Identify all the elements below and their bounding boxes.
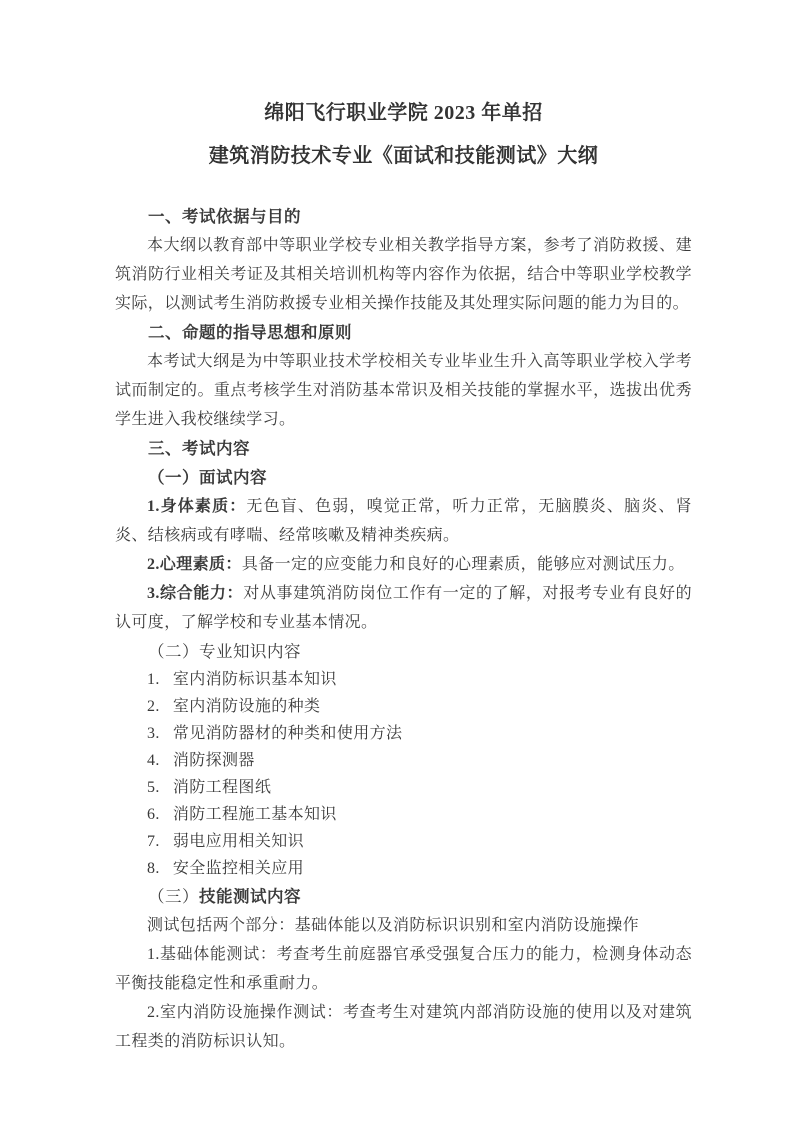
- knowledge-item-text: 常见消防器材的种类和使用方法: [173, 725, 403, 742]
- knowledge-item-number: 3.: [147, 725, 160, 742]
- knowledge-item-text: 室内消防设施的种类: [173, 698, 321, 715]
- knowledge-list-item: 4.消防探测器: [115, 747, 692, 774]
- knowledge-item-number: 2.: [147, 698, 160, 715]
- skill-item-operation: 2.室内消防设施操作测试：考查考生对建筑内部消防设施的使用以及对建筑工程类的消防…: [115, 998, 692, 1056]
- knowledge-item-number: 8.: [147, 860, 160, 877]
- knowledge-list-item: 8.安全监控相关应用: [115, 855, 692, 882]
- section1-paragraph: 本大纲以教育部中等职业学校专业相关教学指导方案，参考了消防救援、建筑消防行业相关…: [115, 231, 692, 318]
- knowledge-list-item: 6.消防工程施工基本知识: [115, 801, 692, 828]
- interview-item-psychological-text: 具备一定的应变能力和良好的心理素质，能够应对测试压力。: [242, 556, 685, 573]
- interview-item-physical-label: 1.身体素质：: [147, 498, 246, 515]
- section2-heading: 二、命题的指导思想和原则: [115, 318, 692, 347]
- document-title: 绵阳飞行职业学院 2023 年单招 建筑消防技术专业《面试和技能测试》大纲: [115, 100, 692, 169]
- knowledge-item-text: 安全监控相关应用: [173, 860, 304, 877]
- skill-intro: 测试包括两个部分：基础体能以及消防标识识别和室内消防设施操作: [115, 911, 692, 940]
- knowledge-list-item: 7.弱电应用相关知识: [115, 828, 692, 855]
- skill-subheading: （三）技能测试内容: [115, 882, 692, 911]
- skill-item-fitness: 1.基础体能测试：考查考生前庭器官承受强复合压力的能力，检测身体动态平衡技能稳定…: [115, 940, 692, 998]
- document-title-line1: 绵阳飞行职业学院 2023 年单招: [115, 100, 692, 126]
- interview-subheading: （一）面试内容: [115, 463, 692, 492]
- interview-item-psychological: 2.心理素质：具备一定的应变能力和良好的心理素质，能够应对测试压力。: [115, 550, 692, 579]
- interview-item-physical: 1.身体素质：无色盲、色弱，嗅觉正常，听力正常，无脑膜炎、脑炎、肾炎、结核病或有…: [115, 492, 692, 550]
- knowledge-item-text: 弱电应用相关知识: [173, 833, 304, 850]
- knowledge-list: 1.室内消防标识基本知识 2.室内消防设施的种类 3.常见消防器材的种类和使用方…: [115, 666, 692, 882]
- knowledge-item-number: 4.: [147, 752, 160, 769]
- skill-subheading-text: 技能测试内容: [199, 887, 301, 906]
- knowledge-list-item: 1.室内消防标识基本知识: [115, 666, 692, 693]
- knowledge-item-number: 1.: [147, 671, 160, 688]
- knowledge-item-text: 消防探测器: [173, 752, 255, 769]
- section1-heading: 一、考试依据与目的: [115, 202, 692, 231]
- section2-paragraph: 本考试大纲是为中等职业技术学校相关专业毕业生升入高等职业学校入学考试而制定的。重…: [115, 347, 692, 434]
- section3-heading: 三、考试内容: [115, 434, 692, 463]
- interview-item-psychological-label: 2.心理素质：: [147, 556, 242, 573]
- knowledge-item-text: 室内消防标识基本知识: [173, 671, 337, 688]
- skill-item-fitness-label: 1.基础体能测试：: [147, 946, 276, 963]
- skill-item-operation-label: 2.室内消防设施操作测试：: [147, 1004, 343, 1021]
- knowledge-item-number: 7.: [147, 833, 160, 850]
- document-title-line2: 建筑消防技术专业《面试和技能测试》大纲: [115, 143, 692, 169]
- interview-item-comprehensive: 3.综合能力：对从事建筑消防岗位工作有一定的了解，对报考专业有良好的认可度，了解…: [115, 579, 692, 637]
- document-page: 绵阳飞行职业学院 2023 年单招 建筑消防技术专业《面试和技能测试》大纲 一、…: [0, 0, 800, 1131]
- knowledge-list-item: 5.消防工程图纸: [115, 774, 692, 801]
- knowledge-item-number: 5.: [147, 779, 160, 796]
- knowledge-list-item: 3.常见消防器材的种类和使用方法: [115, 720, 692, 747]
- knowledge-item-text: 消防工程图纸: [173, 779, 271, 796]
- knowledge-subheading: （二）专业知识内容: [115, 637, 692, 666]
- knowledge-list-item: 2.室内消防设施的种类: [115, 693, 692, 720]
- interview-item-comprehensive-label: 3.综合能力：: [147, 585, 243, 602]
- skill-subheading-prefix: （三）: [148, 887, 199, 906]
- knowledge-item-text: 消防工程施工基本知识: [173, 806, 337, 823]
- knowledge-item-number: 6.: [147, 806, 160, 823]
